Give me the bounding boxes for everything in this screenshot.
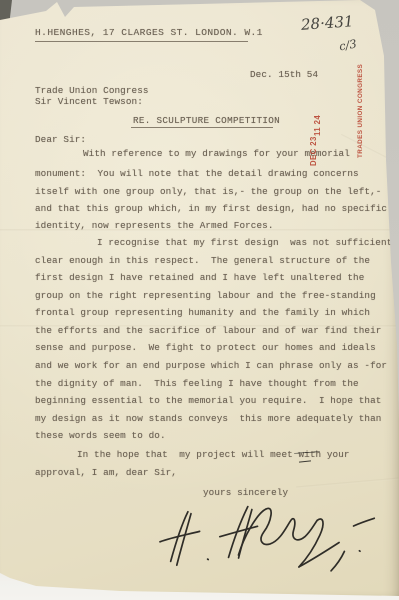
body-line: beginning essential to the memorial you … (35, 395, 381, 406)
body-line: monument: You will note that the detail … (35, 168, 359, 179)
signature-stroke (237, 507, 319, 555)
body-line: and that this group which, in my first d… (35, 203, 387, 214)
body-line: I recognise that my first design was not… (35, 237, 399, 248)
body-line: clear enough in this respect. The genera… (35, 255, 370, 266)
received-stamp-date: DEC 23 (309, 136, 318, 166)
letterhead-underline (35, 41, 248, 42)
pen-dash-mark (299, 460, 311, 462)
letter-date: Dec. 15th 54 (250, 69, 318, 80)
handwritten-signature (147, 492, 390, 590)
signature-stroke (330, 551, 345, 570)
body-line: itself with one group only, that is,- th… (35, 186, 381, 197)
subject-line: RE. SCULPTURE COMPETITION (133, 115, 280, 126)
scanned-letter-photo: H.HENGHES, 17 CLARGES ST. LONDON. W.1 28… (0, 0, 399, 600)
received-stamp-code: 11 24 (313, 108, 322, 136)
body-line: these words seem to do. (35, 430, 166, 441)
recipient-name: Sir Vincent Tewson: (35, 96, 143, 107)
paper-crease (296, 478, 399, 489)
signature-stroke (353, 518, 374, 526)
pencil-ref-number: 28·431 (300, 12, 354, 34)
body-line: the dignity of man. This feeling I have … (35, 378, 359, 389)
subject-underline (131, 127, 273, 128)
body-line: frontal group representing humanity and … (35, 307, 370, 318)
recipient-org: Trade Union Congress (35, 85, 149, 96)
trades-union-congress-stamp: TRADES UNION CONGRESS (357, 90, 364, 158)
body-line: and we work for an end purpose which I c… (35, 360, 387, 371)
body-line: group on the right representing labour a… (35, 290, 376, 301)
body-line: identity, now represents the Armed Force… (35, 220, 274, 231)
letter-paper: H.HENGHES, 17 CLARGES ST. LONDON. W.1 28… (0, 0, 399, 600)
signature-stroke (298, 543, 340, 567)
body-line: first design I have retained and I have … (35, 272, 364, 283)
body-line: the efforts and the sacrifice of labour … (35, 325, 381, 336)
body-line: sense and purpose. We fight to protect o… (35, 342, 376, 353)
body-line: In the hope that my project will meet wi… (35, 449, 350, 460)
letterhead-sender: H.HENGHES, 17 CLARGES ST. LONDON. W.1 (35, 27, 263, 38)
salutation: Dear Sir: (35, 134, 86, 145)
pencil-ref-code: c/3 (338, 37, 358, 54)
body-line: my design as it now stands conveys this … (35, 413, 381, 424)
body-line: approval, I am, dear Sir, (35, 467, 177, 478)
body-line: With reference to my drawings for your m… (35, 148, 350, 159)
